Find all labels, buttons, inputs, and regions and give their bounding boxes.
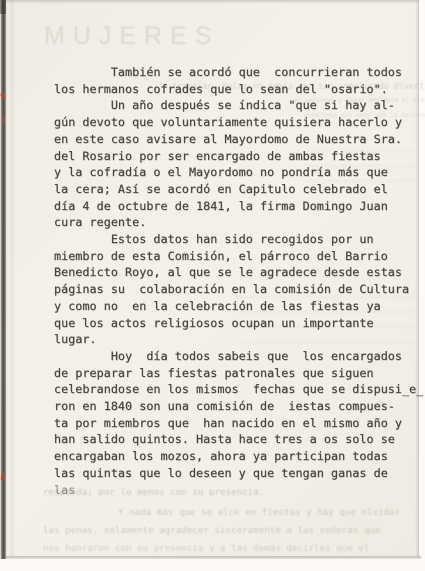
paper-sheet: MUJERES trabajar. Solas no debía ser tan…	[6, 0, 419, 557]
bleedthrough-line: Y nada más que se alce en fiestas y hay …	[118, 507, 400, 518]
bleedthrough-line: nos honraron con su presencia y a las de…	[43, 543, 369, 554]
scanned-document-page: MUJERES trabajar. Solas no debía ser tan…	[0, 0, 425, 571]
bleedthrough-title-text: MUJERES	[44, 22, 219, 51]
typewritten-body-text: También se acordó que concurrieran todos…	[54, 64, 423, 482]
page-bottom-edge	[6, 556, 421, 559]
bleedthrough-line: responda; por lo menos con su presencia.	[43, 487, 264, 498]
red-edge-mark	[2, 118, 5, 122]
bleedthrough-line: las penas, solamente agradecer sincerame…	[43, 525, 380, 536]
